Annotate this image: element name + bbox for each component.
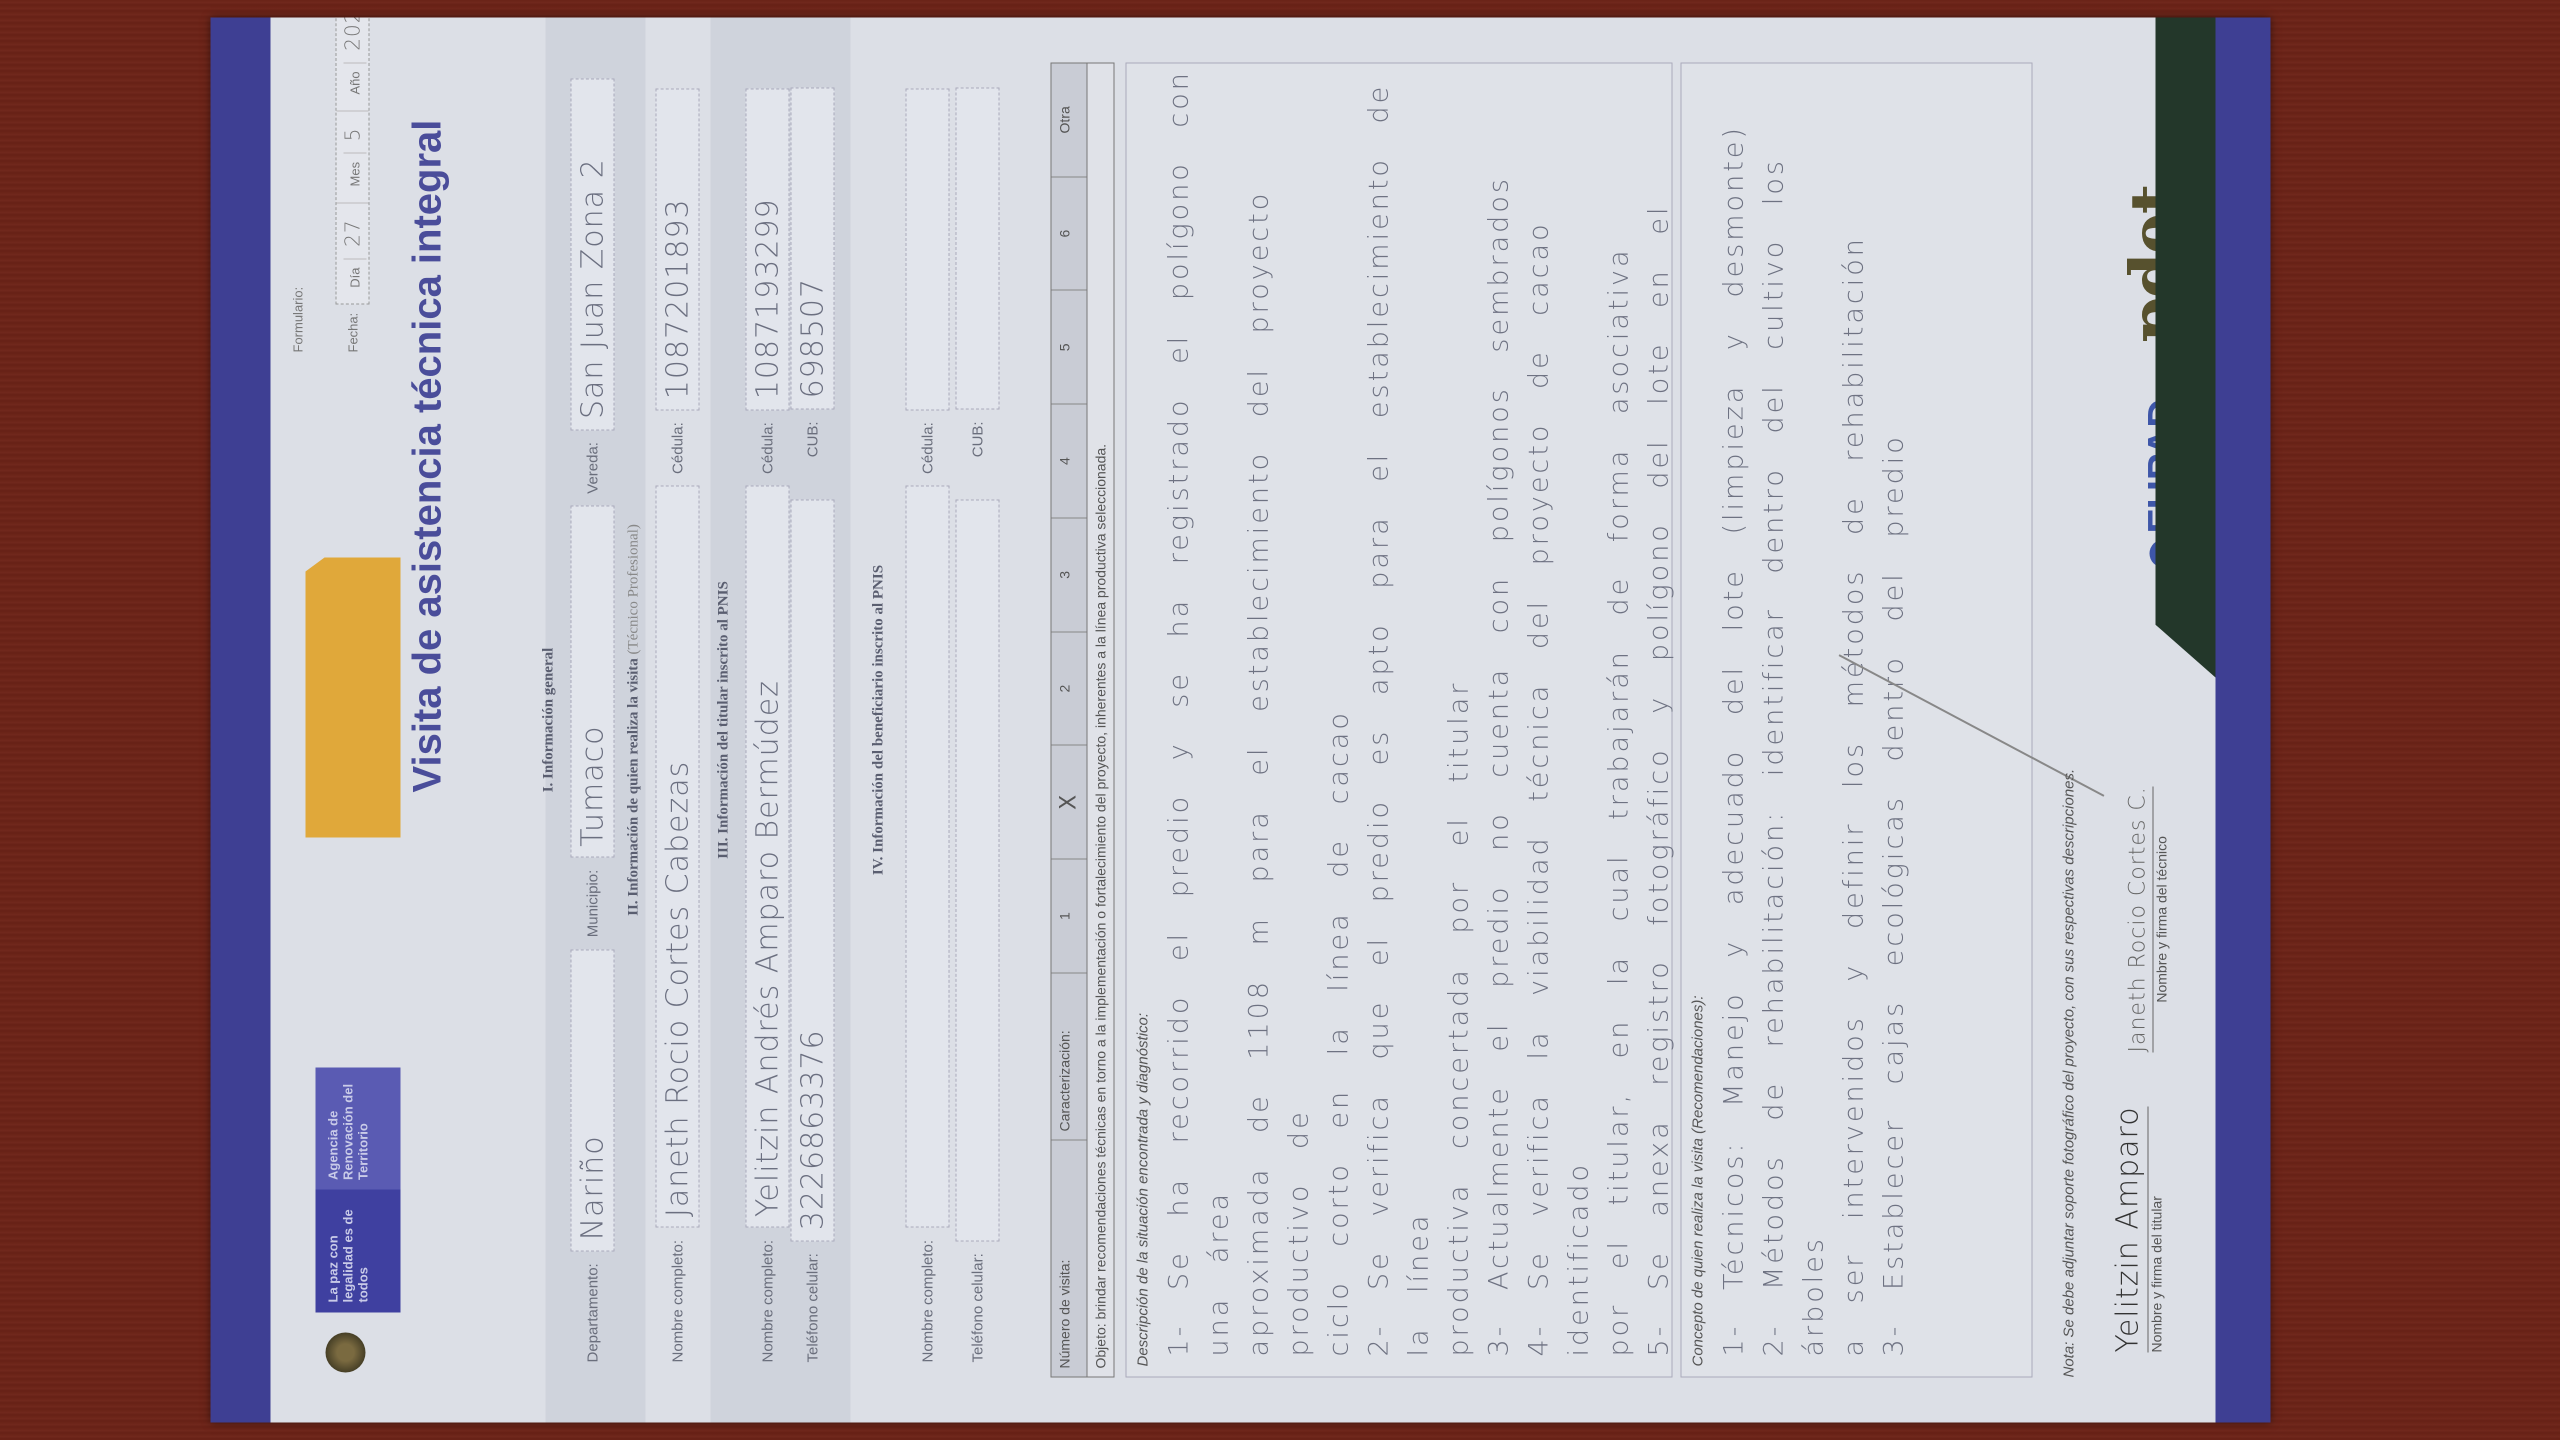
departamento-value: Nariño bbox=[575, 1135, 610, 1240]
titular-cedula-field[interactable]: 1087193299 bbox=[746, 88, 790, 410]
section4-heading: IV. Información del beneficiario inscrit… bbox=[871, 18, 888, 1423]
description-line: 4- Se verifica la viabilidad técnica del… bbox=[1520, 64, 1600, 1377]
tecnico-cedula-value: 1087201893 bbox=[660, 198, 695, 399]
visit-option-2[interactable]: 2 bbox=[1052, 631, 1087, 745]
titular-cedula-label: Cédula: bbox=[759, 422, 776, 474]
concept-lines: 1- Técnicos: Manejo y adecuado del lote … bbox=[1715, 64, 1915, 1377]
municipio-label: Municipio: bbox=[584, 870, 601, 938]
beneficiario-telefono-label: Teléfono celular: bbox=[969, 1253, 986, 1362]
concept-line: 1- Técnicos: Manejo y adecuado del lote … bbox=[1715, 64, 1755, 1377]
description-line: 1- Se ha recorrido el predio y se ha reg… bbox=[1160, 64, 1240, 1377]
beneficiario-cub-label: CUB: bbox=[969, 421, 986, 457]
description-line: productiva concertada por el titular bbox=[1440, 64, 1480, 1377]
vereda-label: Vereda: bbox=[584, 442, 601, 494]
description-line: 3- Actualmente el predio no cuenta con p… bbox=[1480, 64, 1520, 1377]
form-id-box: Formulario: Fecha: Día 27 Mes 5 Año 2022 bbox=[291, 23, 370, 353]
objeto-text: Objeto: brindar recomendaciones técnicas… bbox=[1088, 64, 1114, 1377]
date-field[interactable]: Día 27 Mes 5 Año 2022 bbox=[336, 18, 370, 305]
section3-heading: III. Información del titular inscrito al… bbox=[716, 18, 733, 1423]
government-logo: La paz con legalidad es de todos Agencia… bbox=[316, 1068, 401, 1313]
section1-heading: I. Información general bbox=[541, 18, 558, 1423]
visit-option-5[interactable]: 5 bbox=[1052, 290, 1087, 404]
selected-mark: X bbox=[1057, 795, 1082, 810]
tecnico-signature: Janeth Rocio Cortes C. bbox=[2126, 786, 2151, 1052]
section3-row1: Nombre completo: Yelitzin Andrés Amparo … bbox=[746, 58, 790, 1363]
visit-option-otra-label: Otra bbox=[1057, 106, 1073, 133]
bottom-color-band bbox=[2216, 18, 2271, 1423]
visit-option-4[interactable]: 4 bbox=[1052, 404, 1087, 518]
visit-table-header-row: Número de visita: Caracterización: 1 X 2… bbox=[1052, 64, 1088, 1377]
year-value: 2022 bbox=[337, 18, 369, 59]
beneficiario-cedula-label: Cédula: bbox=[919, 422, 936, 474]
day-label: Día bbox=[344, 259, 367, 296]
section2-heading: II. Información de quien realiza la visi… bbox=[626, 18, 643, 1423]
visit-option-6[interactable]: 6 bbox=[1052, 176, 1087, 290]
description-line: ciclo corto en la línea de cacao bbox=[1320, 64, 1360, 1377]
month-value: 5 bbox=[337, 120, 369, 150]
visit-option-otra[interactable]: Otra bbox=[1052, 64, 1087, 177]
tecnico-signature-label: Nombre y firma del técnico bbox=[2154, 786, 2170, 1052]
fecha-label: Fecha: bbox=[345, 313, 360, 353]
gold-logo-icon bbox=[306, 558, 401, 838]
titular-cedula-value: 1087193299 bbox=[750, 198, 785, 399]
day-value: 27 bbox=[337, 211, 369, 254]
vereda-value: San Juan Zona 2 bbox=[575, 158, 610, 419]
section2-heading-text: II. Información de quien realiza la visi… bbox=[626, 658, 642, 916]
departamento-label: Departamento: bbox=[584, 1263, 601, 1362]
section3-row2: Teléfono celular: 3226863376 CUB: 698507 bbox=[791, 58, 835, 1363]
concept-line: 2- Métodos de rehabilitación: identifica… bbox=[1755, 64, 1835, 1377]
titular-nombre-field[interactable]: Yelitzin Andrés Amparo Bermúdez bbox=[746, 486, 790, 1228]
titular-signature: Yelitzin Amparo bbox=[2111, 1106, 2146, 1352]
description-box[interactable]: Descripción de la situación encontrada y… bbox=[1126, 63, 1673, 1378]
date-row: Fecha: Día 27 Mes 5 Año 2022 bbox=[336, 23, 370, 353]
tecnico-cedula-field[interactable]: 1087201893 bbox=[656, 88, 700, 410]
visit-option-2-label: 2 bbox=[1057, 685, 1073, 693]
form-page: La paz con legalidad es de todos Agencia… bbox=[211, 18, 2271, 1423]
section1-row: Departamento: Nariño Municipio: Tumaco V… bbox=[571, 58, 615, 1363]
municipio-value: Tumaco bbox=[575, 725, 610, 846]
visit-option-6-label: 6 bbox=[1057, 230, 1073, 238]
visit-option-1-label: 1 bbox=[1057, 912, 1073, 920]
section4-row2: Teléfono celular: CUB: bbox=[956, 58, 1000, 1363]
description-line: por el titular, en la cual trabajarán de… bbox=[1600, 64, 1640, 1377]
section2-heading-suffix: (Técnico Profesional) bbox=[626, 524, 642, 654]
concept-caption: Concepto de quien realiza la visita (Rec… bbox=[1682, 64, 1715, 1377]
beneficiario-cub-field[interactable] bbox=[956, 87, 1000, 409]
beneficiario-nombre-label: Nombre completo: bbox=[919, 1240, 936, 1363]
month-label: Mes bbox=[344, 153, 367, 195]
titular-telefono-value: 3226863376 bbox=[795, 1029, 830, 1230]
description-lines: 1- Se ha recorrido el predio y se ha reg… bbox=[1160, 64, 1760, 1377]
concept-line: a ser intervenidos y definir los métodos… bbox=[1835, 64, 1875, 1377]
bottom-green-band bbox=[2156, 18, 2216, 678]
top-color-band bbox=[211, 18, 271, 1423]
titular-nombre-label: Nombre completo: bbox=[759, 1240, 776, 1363]
section2-row: Nombre completo: Janeth Rocio Cortes Cab… bbox=[656, 58, 700, 1363]
tecnico-nombre-value: Janeth Rocio Cortes Cabezas bbox=[660, 761, 695, 1217]
visit-option-5-label: 5 bbox=[1057, 343, 1073, 351]
concept-box[interactable]: Concepto de quien realiza la visita (Rec… bbox=[1681, 63, 2033, 1378]
municipio-field[interactable]: Tumaco bbox=[571, 506, 615, 858]
month-cell: Mes 5 bbox=[337, 111, 369, 203]
gov-logo-right-text: Agencia de Renovación del Territorio bbox=[316, 1068, 401, 1191]
titular-cub-field[interactable]: 698507 bbox=[791, 87, 835, 409]
titular-telefono-field[interactable]: 3226863376 bbox=[791, 499, 835, 1241]
titular-cub-value: 698507 bbox=[795, 278, 830, 399]
gov-logo-left-text: La paz con legalidad es de todos bbox=[316, 1190, 401, 1313]
tecnico-cedula-label: Cédula: bbox=[669, 422, 686, 474]
formulario-label: Formulario: bbox=[291, 23, 306, 353]
visit-option-4-label: 4 bbox=[1057, 457, 1073, 465]
titular-signature-block: Yelitzin Amparo Nombre y firma del titul… bbox=[2111, 1106, 2165, 1352]
beneficiario-nombre-field[interactable] bbox=[906, 486, 950, 1228]
visit-option-1[interactable]: 1 bbox=[1052, 859, 1087, 973]
beneficiario-telefono-field[interactable] bbox=[956, 499, 1000, 1241]
concept-line: 3- Establecer cajas ecológicas dentro de… bbox=[1875, 64, 1915, 1377]
beneficiario-cedula-field[interactable] bbox=[906, 88, 950, 410]
caracterizacion-label: Caracterización: bbox=[1052, 973, 1087, 1140]
titular-signature-label: Nombre y firma del titular bbox=[2149, 1106, 2165, 1352]
colombia-crest-icon bbox=[326, 1333, 366, 1373]
titular-cub-label: CUB: bbox=[804, 421, 821, 457]
section4-row1: Nombre completo: Cédula: bbox=[906, 58, 950, 1363]
form-header: La paz con legalidad es de todos Agencia… bbox=[286, 58, 536, 1383]
visit-option-1-mark[interactable]: X bbox=[1052, 745, 1087, 859]
day-cell: Día 27 bbox=[337, 202, 369, 303]
tecnico-nombre-field[interactable]: Janeth Rocio Cortes Cabezas bbox=[656, 486, 700, 1228]
description-line: 2- Se verifica que el predio es apto par… bbox=[1360, 64, 1440, 1377]
titular-nombre-value: Yelitzin Andrés Amparo Bermúdez bbox=[750, 680, 785, 1217]
description-caption: Descripción de la situación encontrada y… bbox=[1127, 64, 1160, 1377]
year-cell: Año 2022 bbox=[337, 18, 369, 111]
year-label: Año bbox=[344, 62, 367, 102]
tecnico-signature-block: Janeth Rocio Cortes C. Nombre y firma de… bbox=[2126, 786, 2170, 1052]
numero-visita-label: Número de visita: bbox=[1052, 1140, 1087, 1377]
titular-telefono-label: Teléfono celular: bbox=[804, 1253, 821, 1362]
vereda-field[interactable]: San Juan Zona 2 bbox=[571, 78, 615, 430]
description-line: aproximada de 1108 m para el establecimi… bbox=[1240, 64, 1320, 1377]
visit-option-3-label: 3 bbox=[1057, 571, 1073, 579]
document-title: Visita de asistencia técnica integral bbox=[406, 120, 451, 793]
footer-note: Nota: Se debe adjuntar soporte fotográfi… bbox=[2061, 769, 2078, 1378]
visit-option-3[interactable]: 3 bbox=[1052, 518, 1087, 632]
visit-table: Número de visita: Caracterización: 1 X 2… bbox=[1051, 63, 1115, 1378]
tecnico-nombre-label: Nombre completo: bbox=[669, 1240, 686, 1363]
departamento-field[interactable]: Nariño bbox=[571, 949, 615, 1251]
